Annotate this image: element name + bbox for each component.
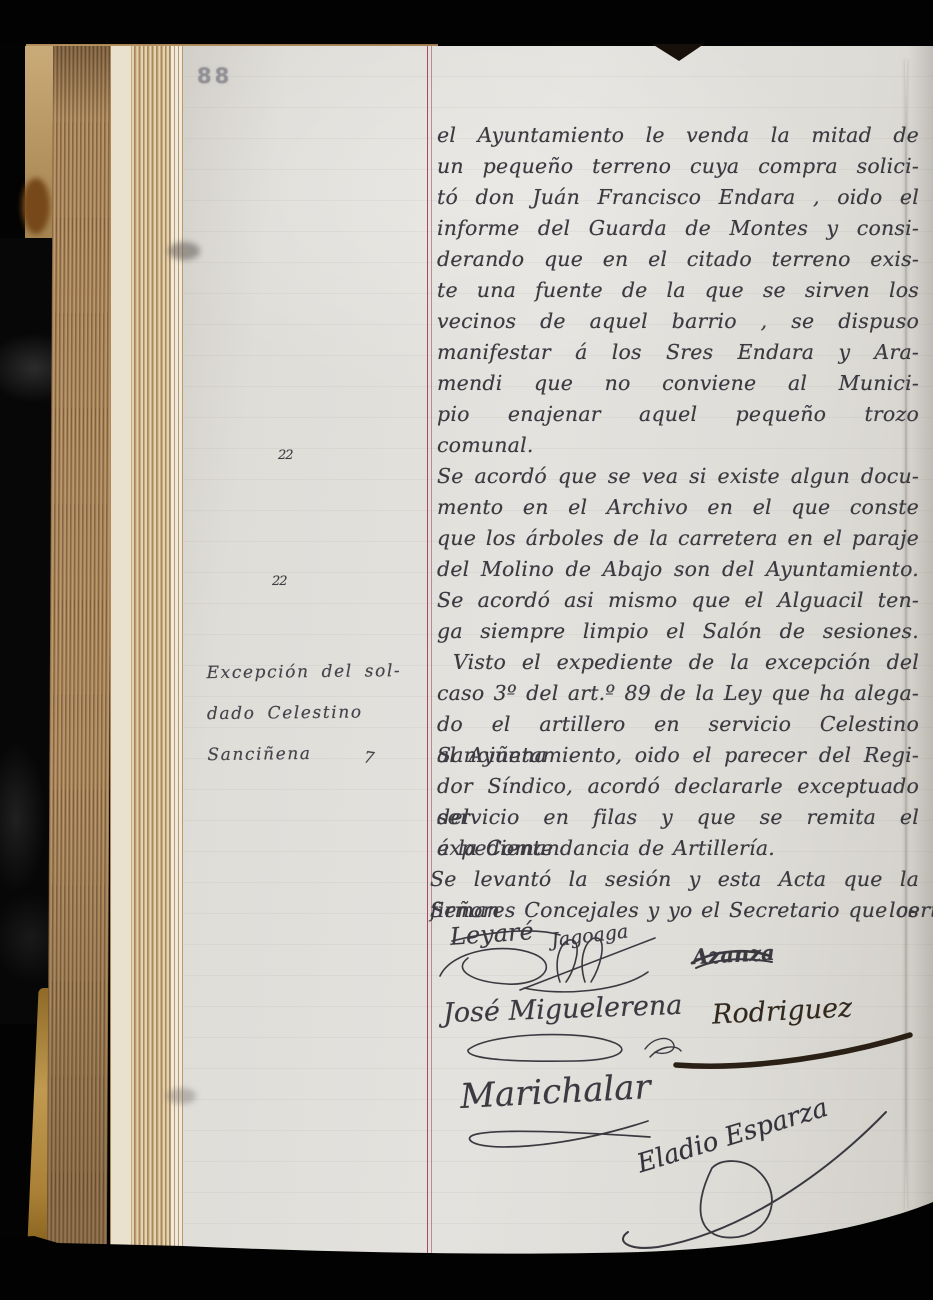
margin-note-line: Excepción del sol- <box>206 651 424 694</box>
margin-note-line: dado Celestino <box>207 692 425 735</box>
signature-leyare: Leyaré <box>449 917 534 951</box>
body-line: dor Síndico, acordó declararle exceptuad… <box>437 771 919 802</box>
body-line: caso 3º del art.º 89 de la Ley que ha al… <box>437 678 919 709</box>
margin-ditto-mark: 22 <box>278 448 293 463</box>
signature-azanza: Azanza <box>691 940 775 969</box>
body-line: mento en el Archivo en el que conste <box>437 492 919 523</box>
body-line: vecinos de aquel barrio , se dispuso <box>437 306 919 337</box>
margin-rule-line <box>427 46 428 1254</box>
page-stack-inner <box>131 46 171 1248</box>
margin-ditto-mark: 22 <box>272 574 287 589</box>
body-line: tó don Juán Francisco Endara , oido el <box>437 182 919 213</box>
body-line: derando que en el citado terreno exis- <box>437 244 919 275</box>
margin-note-line: Sanciñena <box>207 733 425 776</box>
body-line: informe del Guarda de Montes y consi- <box>437 213 919 244</box>
leather-cover-edge <box>0 238 54 1024</box>
body-line: un pequeño terreno cuya compra solici- <box>437 151 919 182</box>
body-line: comunal. <box>437 430 919 461</box>
ink-smudge <box>168 242 200 260</box>
manuscript-scan: 88 22 22 Excepción del sol- dado Celesti… <box>0 0 933 1300</box>
page-stack-outer <box>47 46 113 1248</box>
body-line: te una fuente de la que se sirven los <box>437 275 919 306</box>
body-line: Se levantó la sesión y esta Acta que la … <box>430 864 919 895</box>
body-line: á la Comandancia de Artillería. <box>437 833 919 864</box>
body-line: que los árboles de la carretera en el pa… <box>437 523 919 554</box>
margin-note: Excepción del sol- dado Celestino Sanciñ… <box>206 651 425 776</box>
ink-smudge <box>166 1088 196 1104</box>
body-line: ga siempre limpio el Salón de sesiones. <box>437 616 919 647</box>
body-line: mendi que no conviene al Munici- <box>437 368 919 399</box>
page-stack-last-leaves <box>171 46 183 1248</box>
body-line: servicio en filas y que se remita el exp… <box>437 802 919 833</box>
cover-stain <box>22 178 50 234</box>
margin-rule-line <box>431 46 432 1254</box>
body-line: Visto el expediente de la excepción del <box>437 647 919 678</box>
body-line: al Ayuntamiento, oido el parecer del Reg… <box>437 740 919 771</box>
body-line: pio enajenar aquel pequeño trozo <box>437 399 919 430</box>
photo-black-border-top <box>0 0 933 44</box>
body-line: Se acordó asi mismo que el Alguacil ten- <box>437 585 919 616</box>
body-line: el Ayuntamiento le venda la mitad de <box>437 120 919 151</box>
body-line: del Molino de Abajo son del Ayuntamiento… <box>437 554 919 585</box>
page-number-stamp: 88 <box>197 64 232 88</box>
body-text: el Ayuntamiento le venda la mitad de un … <box>437 120 919 926</box>
body-line: manifestar á los Sres Endara y Ara- <box>437 337 919 368</box>
body-line: Se acordó que se vea si existe algun doc… <box>437 461 919 492</box>
page-stack-gap <box>110 46 132 1248</box>
body-line: do el artillero en servicio Celestino Sa… <box>437 709 919 740</box>
